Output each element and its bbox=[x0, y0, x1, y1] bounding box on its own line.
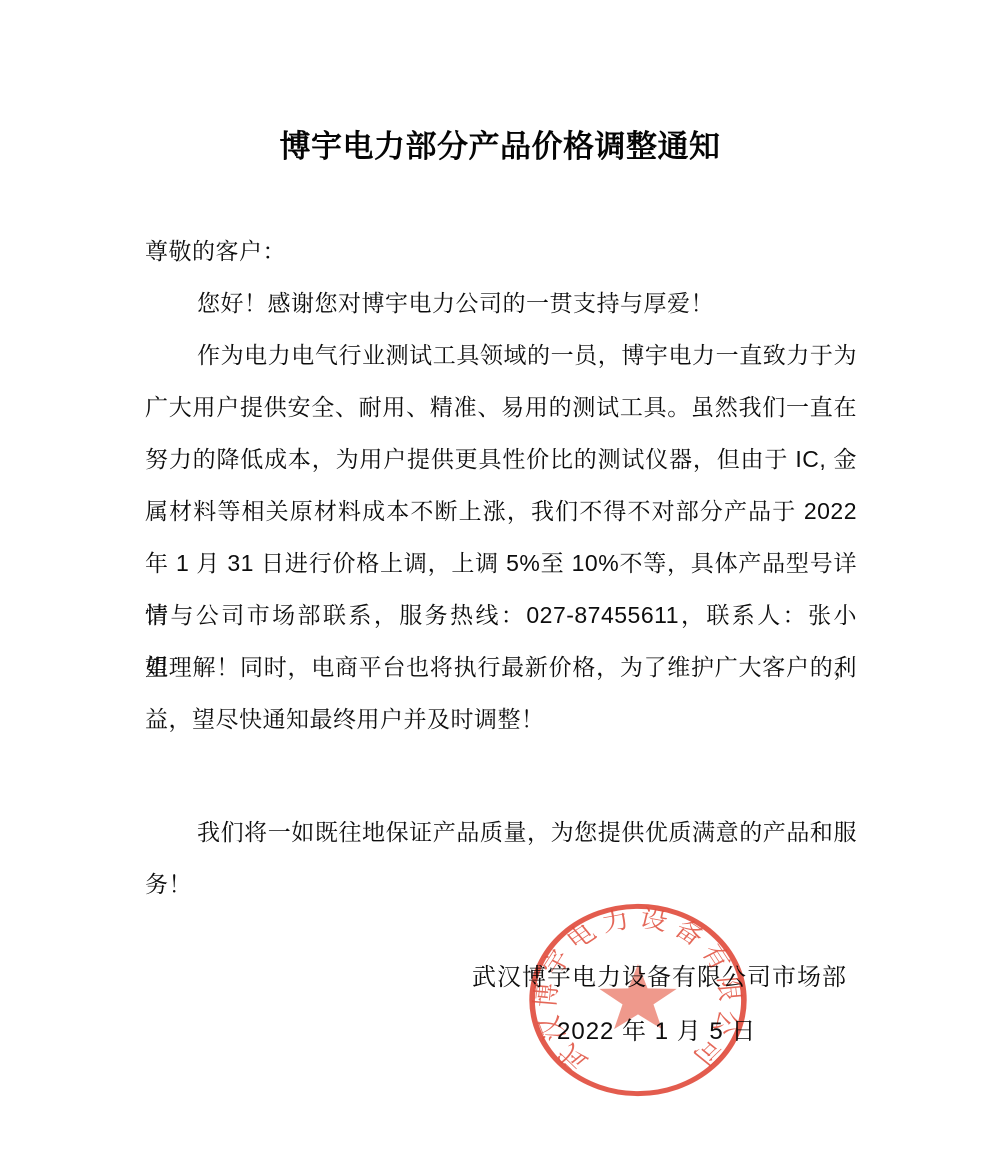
seal-ring bbox=[532, 906, 744, 1093]
intro-line: 您好！感谢您对博宇电力公司的一贯支持与厚爱！ bbox=[145, 277, 857, 329]
closing-line: 务！ bbox=[145, 858, 857, 910]
body-line: 努力的降低成本，为用户提供更具性价比的测试仪器，但由于 IC, 金 bbox=[145, 433, 857, 485]
company-seal-stamp: 武汉博宇电力设备有限公司 bbox=[526, 901, 750, 1099]
body-line: 益，望尽快通知最终用户并及时调整！ bbox=[145, 693, 857, 745]
body-line: 年 1 月 31 日进行价格上调，上调 5%至 10%不等，具体产品型号详情 bbox=[145, 537, 857, 589]
blank-line bbox=[145, 745, 857, 797]
letter-body: 尊敬的客户： 您好！感谢您对博宇电力公司的一贯支持与厚爱！ 作为电力电气行业测试… bbox=[145, 225, 857, 910]
body-line: 作为电力电气行业测试工具领域的一员，博宇电力一直致力于为 bbox=[145, 329, 857, 381]
signature-department: 武汉博宇电力设备有限公司市场部 bbox=[472, 960, 847, 996]
closing-line: 我们将一如既往地保证产品质量，为您提供优质满意的产品和服 bbox=[145, 806, 857, 858]
body-line: 广大用户提供安全、耐用、精准、易用的测试工具。虽然我们一直在 bbox=[145, 381, 857, 433]
closing-paragraph: 我们将一如既往地保证产品质量，为您提供优质满意的产品和服 务！ bbox=[145, 806, 857, 910]
signature-date: 2022 年 1 月 5 日 bbox=[557, 1014, 756, 1050]
body-line: 望理解！同时，电商平台也将执行最新价格，为了维护广大客户的利 bbox=[145, 641, 857, 693]
page-title: 博宇电力部分产品价格调整通知 bbox=[0, 126, 1000, 168]
notice-page: 博宇电力部分产品价格调整通知 尊敬的客户： 您好！感谢您对博宇电力公司的一贯支持… bbox=[0, 0, 1000, 1150]
greeting-line: 尊敬的客户： bbox=[145, 225, 857, 277]
body-line: 属材料等相关原材料成本不断上涨，我们不得不对部分产品于 2022 bbox=[145, 485, 857, 537]
body-line: 请与公司市场部联系，服务热线：027-87455611，联系人：张小姐， bbox=[145, 589, 857, 641]
